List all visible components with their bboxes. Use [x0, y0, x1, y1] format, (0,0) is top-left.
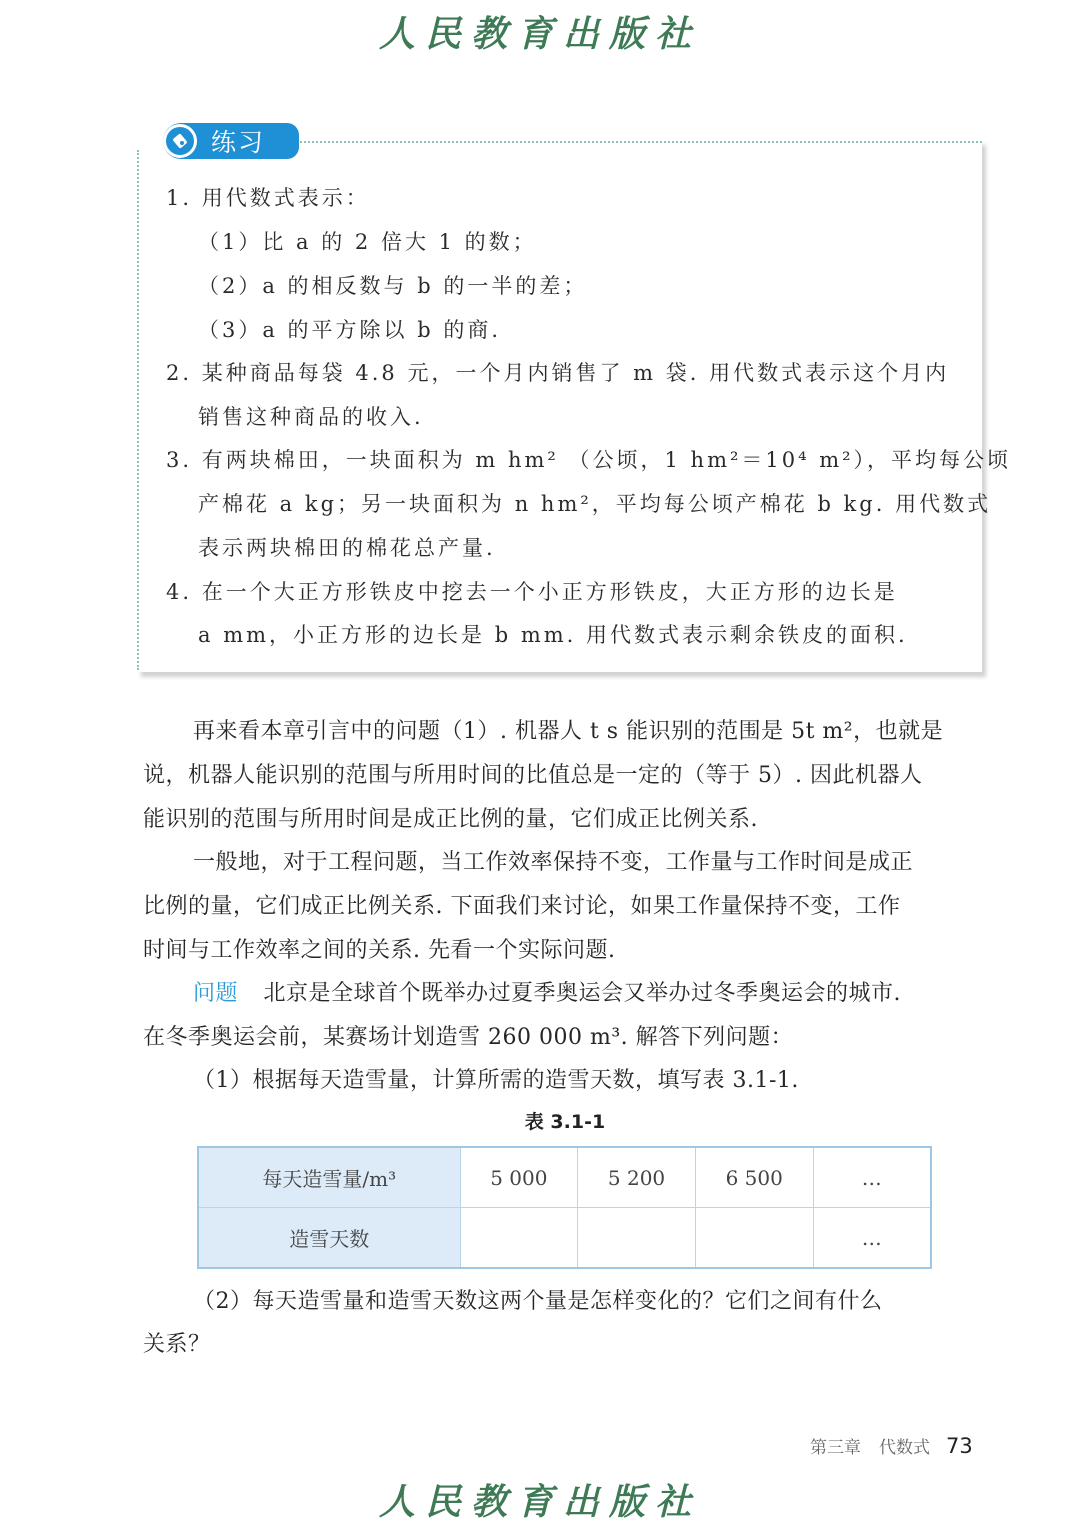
exercise-line: （2）a 的相反数与 b 的一半的差； [198, 270, 587, 300]
table-row-header: 造雪天数 [198, 1208, 460, 1269]
chapter-label: 第三章 [810, 1438, 861, 1458]
table-cell: 6 500 [695, 1147, 813, 1208]
exercise-badge-label: 练习 [211, 123, 265, 159]
exercise-badge: 练习 [163, 123, 299, 159]
exercise-line: （1）比 a 的 2 倍大 1 的数； [198, 226, 537, 256]
exercise-line: 2. 某种商品每袋 4.8 元，一个月内销售了 m 袋. 用代数式表示这个月内 [166, 357, 949, 387]
chapter-name: 代数式 [879, 1438, 930, 1458]
body-paragraph-line: 能识别的范围与所用时间是成正比例的量，它们成正比例关系. [143, 802, 758, 833]
exercise-line: 销售这种商品的收入. [198, 401, 424, 431]
table-cell: … [813, 1147, 931, 1208]
table-row: 每天造雪量/m³ 5 000 5 200 6 500 … [198, 1147, 931, 1208]
exercise-line: 表示两块棉田的棉花总产量. [198, 532, 496, 562]
table-cell [578, 1208, 696, 1269]
table-cell: 5 200 [578, 1147, 696, 1208]
exercise-line: 3. 有两块棉田，一块面积为 m hm² （公顷，1 hm²＝10⁴ m²），平… [166, 444, 1011, 474]
exercise-line: 1. 用代数式表示： [166, 182, 370, 212]
table-cell [695, 1208, 813, 1269]
question2-line: （2）每天造雪量和造雪天数这两个量是怎样变化的？它们之间有什么 [193, 1284, 883, 1315]
body-paragraph-line: 比例的量，它们成正比例关系. 下面我们来讨论，如果工作量保持不变，工作 [143, 889, 901, 920]
exercise-line: （3）a 的平方除以 b 的商. [198, 314, 501, 344]
publisher-logo-top: 人民教育出版社 [0, 6, 1080, 57]
body-paragraph-line: 时间与工作效率之间的关系. 先看一个实际问题. [143, 933, 615, 964]
exercise-line: 产棉花 a kg；另一块面积为 n hm²，平均每公顷产棉花 b kg. 用代数… [198, 488, 991, 518]
page-footer: 第三章代数式73 [810, 1433, 973, 1458]
body-paragraph-line: 再来看本章引言中的问题（1）. 机器人 t s 能识别的范围是 5t m²，也就… [193, 714, 943, 745]
table-row-header: 每天造雪量/m³ [198, 1147, 460, 1208]
problem-line: （1）根据每天造雪量，计算所需的造雪天数，填写表 3.1-1. [193, 1063, 799, 1094]
table-cell: … [813, 1208, 931, 1269]
snow-table: 每天造雪量/m³ 5 000 5 200 6 500 … 造雪天数 … [197, 1146, 932, 1269]
exercise-dotted-border-left [137, 150, 139, 670]
exercise-dotted-border-top [300, 141, 982, 143]
page-number: 73 [946, 1434, 973, 1458]
table-cell: 5 000 [460, 1147, 578, 1208]
publisher-logo-bottom: 人民教育出版社 [0, 1474, 1080, 1525]
table-title: 表 3.1-1 [0, 1107, 1080, 1134]
exercise-line: 4. 在一个大正方形铁皮中挖去一个小正方形铁皮，大正方形的边长是 [166, 576, 898, 606]
problem-text: 北京是全球首个既举办过夏季奥运会又举办过冬季奥运会的城市. [264, 981, 902, 1006]
table-cell [460, 1208, 578, 1269]
problem-label: 问题 [193, 981, 238, 1006]
question2-line: 关系？ [143, 1327, 211, 1358]
body-paragraph-line: 说，机器人能识别的范围与所用时间的比值总是一定的（等于 5）. 因此机器人 [143, 758, 922, 789]
body-paragraph-line: 一般地，对于工程问题，当工作效率保持不变，工作量与工作时间是成正 [193, 845, 913, 876]
problem-line: 问题 北京是全球首个既举办过夏季奥运会又举办过冬季奥运会的城市. [193, 976, 901, 1007]
table-row: 造雪天数 … [198, 1208, 931, 1269]
problem-line: 在冬季奥运会前，某赛场计划造雪 260 000 m³. 解答下列问题： [143, 1020, 793, 1051]
pencil-icon [163, 124, 197, 158]
exercise-line: a mm，小正方形的边长是 b mm. 用代数式表示剩余铁皮的面积. [198, 619, 908, 649]
